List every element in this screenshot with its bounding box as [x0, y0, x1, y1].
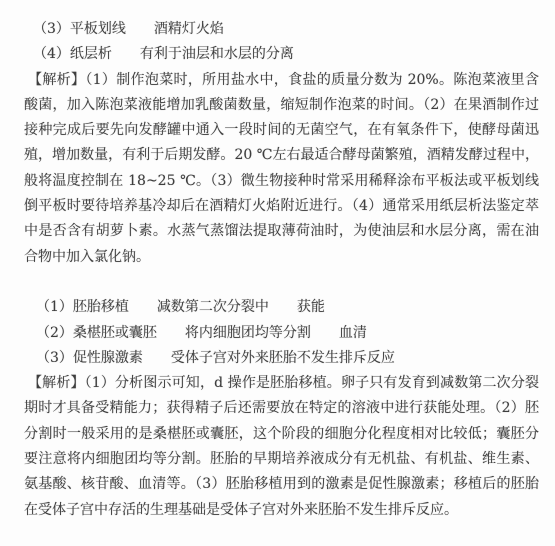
q31-analysis-line: 【解析】（1）分析图示可知，d 操作是胚胎移植。卵子只有发育到减数第二次分裂中 [28, 371, 539, 396]
q30-analysis-line: 合物中加入氯化钠。 [24, 245, 539, 270]
q30-analysis-line: 【解析】（1）制作泡菜时，所用盐水中，食盐的质量分数为 20%。陈泡菜液里含有乳 [28, 68, 539, 93]
q30-answer-item-4: （4）纸层析 有利于油层和水层的分离 [33, 42, 539, 67]
q30-analysis-line: 接种完成后要先向发酵罐中通入一段时间的无菌空气，在有氧条件下，使酵母菌迅速繁 [24, 118, 539, 143]
q31-analysis-line: 分割时一般采用的是桑椹胚或囊胚，这个阶段的细胞分化程度相对比较低；囊胚分割时 [24, 422, 539, 447]
q31-answer-item-3: （3）促性腺激素 受体子宫对外来胚胎不发生排斥反应 [36, 346, 539, 371]
document-page: （3）平板划线 酒精灯火焰 （4）纸层析 有利于油层和水层的分离 【解析】（1）… [0, 0, 555, 546]
q30-analysis-line: 酸菌，加入陈泡菜液能增加乳酸菌数量，缩短制作泡菜的时间。（2）在果酒制作过程中， [24, 93, 539, 118]
q31-analysis-line: 期时才具备受精能力；获得精子后还需要放在特定的溶液中进行获能处理。（2）胚胎 [24, 396, 539, 421]
q31-analysis-line: 氨基酸、核苷酸、血清等。（3）胚胎移植用到的激素是促性腺激素；移植后的胚胎能 [24, 472, 539, 497]
q31-analysis-line: 要注意将内细胞团均等分割。胚胎的早期培养液成分有无机盐、有机盐、维生素、激素、 [24, 447, 539, 472]
q30-analysis-line: 般将温度控制在 18~25 ℃。（3）微生物接种时常采用稀释涂布平板法或平板划线… [24, 169, 539, 194]
q30-analysis-line: 倒平板时要待培养基冷却后在酒精灯火焰附近进行。（4）通常采用纸层析法鉴定萃取物 [24, 194, 539, 219]
q30-answer-item-3: （3）平板划线 酒精灯火焰 [33, 17, 539, 42]
q31-analysis-line: 在受体子宫中存活的生理基础是受体子宫对外来胚胎不发生排斥反应。 [24, 498, 539, 523]
q31-header-line: 31.（8 分，每空 1 分） [7, 270, 539, 295]
q31-answer-item-1: （1）胚胎移植 减数第二次分裂中 获能 [36, 295, 539, 320]
q30-analysis-line: 中是否含有胡萝卜素。水蒸气蒸馏法提取薄荷油时，为使油层和水层分离，需在油水混 [24, 219, 539, 244]
q31-answer-item-2: （2）桑椹胚或囊胚 将内细胞团均等分割 血清 [36, 321, 539, 346]
q30-analysis-line: 殖，增加数量，有利于后期发酵。20 ℃左右最适合酵母菌繁殖，酒精发酵过程中，一 [24, 143, 539, 168]
